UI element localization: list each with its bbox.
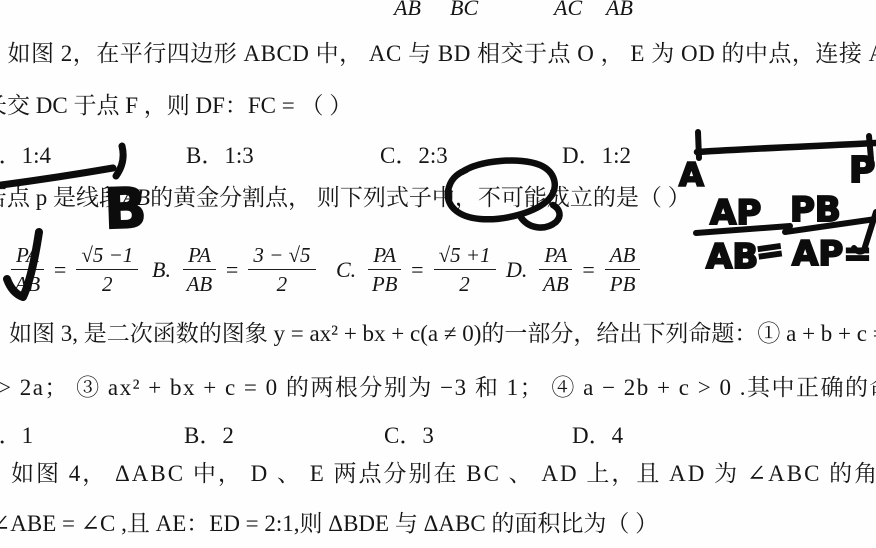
fraction: PA PB bbox=[368, 242, 401, 298]
fraction-denominator: 2 bbox=[248, 270, 315, 297]
question-1-line-2: 长交 DC 于点 F ，则 DF：FC = （ ） bbox=[0, 90, 352, 122]
q2-circled-text: 不可能成立 bbox=[478, 185, 593, 210]
fraction: AB PB bbox=[605, 242, 641, 298]
handwritten-equals: = bbox=[753, 229, 787, 273]
handwritten-fraction-bar-2 bbox=[785, 219, 876, 232]
q2-text-post: 的是（ ） bbox=[593, 185, 691, 210]
fraction-numerator: PA bbox=[368, 242, 401, 270]
q2-option-b-label: B. bbox=[152, 257, 171, 282]
equals-sign: = bbox=[582, 257, 594, 283]
q2-text-pre: 若点 p 是线段 bbox=[0, 185, 122, 210]
question-4-line-1: 、如图 4， ΔABC 中， D 、 E 两点分别在 BC 、 AD 上，且 A… bbox=[0, 458, 876, 490]
q2-option-c-label: C. bbox=[336, 257, 356, 282]
q3-option-b: B．2 bbox=[184, 417, 234, 450]
question-2-line: 若点 p 是线段AB的黄金分割点， 则下列式子中，不可能成立的是（ ） bbox=[0, 182, 691, 214]
fraction-numerator: AB bbox=[605, 242, 641, 270]
fraction: PA AB bbox=[539, 242, 572, 298]
q2-text-mid: 的黄金分割点， 则下列式子中， bbox=[150, 185, 478, 210]
handwritten-segment-tick-right bbox=[869, 136, 871, 159]
q2-option-d: D. PA AB = AB PB bbox=[506, 242, 640, 298]
q1-option-a: A．1:4 bbox=[0, 137, 51, 170]
handwritten-check-right-edge bbox=[854, 212, 876, 252]
question-3-line-2: > 2a； ③ ax² + bx + c = 0 的两根分别为 −3 和 1； … bbox=[0, 372, 876, 404]
q1-option-d: D．1:2 bbox=[562, 137, 631, 170]
fraction-numerator: √5 +1 bbox=[434, 242, 496, 270]
q1-option-b: B．1:3 bbox=[186, 137, 254, 170]
handwritten-fraction-1-denominator: AB bbox=[706, 237, 758, 277]
question-1-line-1: 、如图 2，在平行四边形 ABCD 中， AC 与 BD 相交于点 O ， E … bbox=[0, 38, 876, 70]
fraction-fragment: BC bbox=[450, 0, 478, 21]
fraction-denominator: 2 bbox=[76, 270, 138, 297]
handwritten-segment-tick-left bbox=[698, 132, 699, 158]
handwritten-fraction-1-numerator: AP bbox=[710, 193, 761, 233]
equals-sign: = bbox=[411, 257, 423, 283]
fraction: PA AB bbox=[11, 242, 44, 298]
equals-sign: = bbox=[226, 257, 238, 283]
q3-option-a: A．1 bbox=[0, 417, 33, 450]
fraction-numerator: PA bbox=[183, 242, 216, 270]
fraction-numerator: PA bbox=[11, 242, 44, 270]
q2-option-b: B. PA AB = 3 − √5 2 bbox=[152, 242, 316, 298]
handwritten-segment-line bbox=[697, 143, 876, 152]
fraction-fragment: AB bbox=[606, 0, 633, 21]
fraction-numerator: PA bbox=[539, 242, 572, 270]
fraction-numerator: 3 − √5 bbox=[248, 242, 315, 270]
q3-option-d: D．4 bbox=[572, 417, 623, 450]
fraction-denominator: AB bbox=[183, 270, 216, 297]
handwritten-fraction-bar-1 bbox=[696, 226, 790, 233]
equals-sign: = bbox=[54, 257, 66, 283]
fraction-denominator: PB bbox=[368, 270, 401, 297]
fraction-fragment: AB bbox=[394, 0, 421, 21]
q2-option-c: C. PA PB = √5 +1 2 bbox=[336, 242, 496, 298]
fraction-denominator: AB bbox=[11, 270, 44, 297]
question-3-line-1: 、如图 3, 是二次函数的图象 y = ax² + bx + c(a ≠ 0)的… bbox=[0, 318, 876, 350]
handwritten-check-q1-hook bbox=[116, 146, 123, 176]
fraction-fragment: AC bbox=[554, 0, 582, 21]
question-4-line-2: ∠ABE = ∠C ,且 AE：ED = 2:1,则 ΔBDE 与 ΔABC 的… bbox=[0, 508, 658, 540]
worksheet-page: AB BC AC AB 、如图 2，在平行四边形 ABCD 中， AC 与 BD… bbox=[0, 0, 876, 548]
fraction: √5 −1 2 bbox=[76, 242, 138, 298]
q2-covered-text: AB bbox=[122, 185, 150, 210]
handwritten-fraction-2-numerator: PB bbox=[790, 190, 841, 230]
handwritten-fraction-2-denominator: AP= bbox=[792, 234, 872, 274]
q1-option-c: C．2:3 bbox=[380, 137, 448, 170]
fraction-denominator: 2 bbox=[434, 270, 496, 297]
q2-option-d-label: D. bbox=[506, 257, 527, 282]
fraction: √5 +1 2 bbox=[434, 242, 496, 298]
q2-option-a: A. PA AB = √5 −1 2 bbox=[0, 242, 138, 298]
handwritten-label-p: P bbox=[849, 150, 875, 191]
fraction: PA AB bbox=[183, 242, 216, 298]
fraction-denominator: AB bbox=[539, 270, 572, 297]
fraction-numerator: √5 −1 bbox=[76, 242, 138, 270]
q3-option-c: C．3 bbox=[384, 417, 434, 450]
fraction: 3 − √5 2 bbox=[248, 242, 315, 298]
fraction-denominator: PB bbox=[605, 270, 641, 297]
